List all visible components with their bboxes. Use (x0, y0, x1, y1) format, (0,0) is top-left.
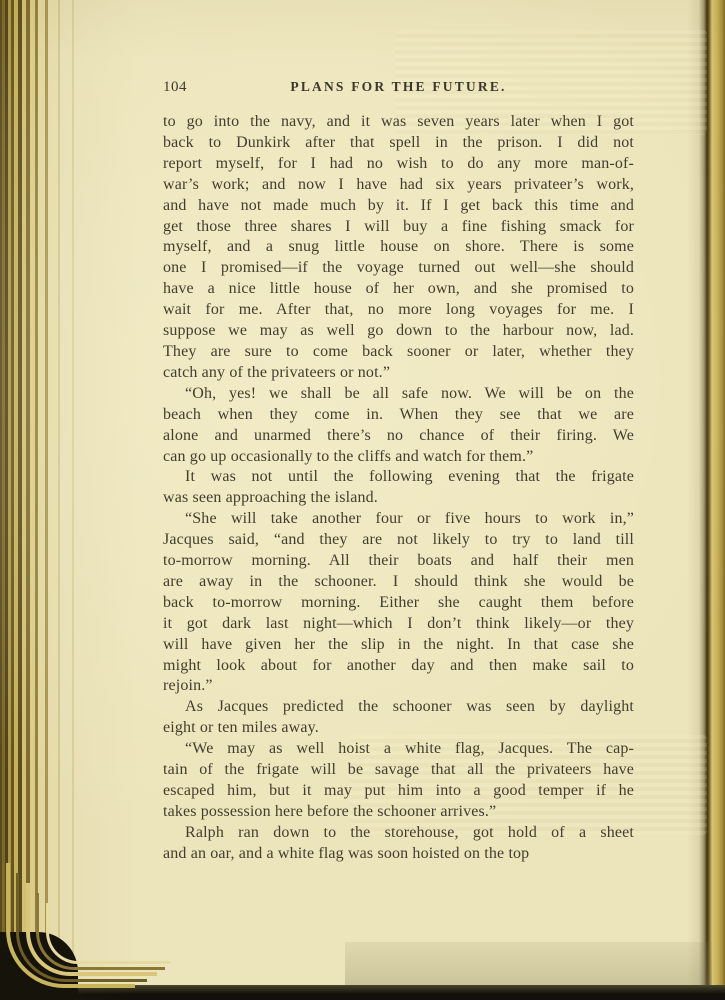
text-line: Jacques said, “and they are not likely t… (163, 530, 634, 551)
page-body: to go into the navy, and it was seven ye… (163, 112, 634, 865)
text-line: and an oar, and a white flag was soon ho… (163, 844, 634, 865)
page-underside-shadow (345, 942, 712, 986)
book-page-edge-right (687, 0, 725, 1000)
text-line: Ralph ran down to the storehouse, got ho… (163, 823, 634, 844)
text-line: can go up occasionally to the cliffs and… (163, 447, 634, 468)
text-line: are away in the schooner. I should think… (163, 572, 634, 593)
text-line: one I promised—if the voyage turned out … (163, 258, 634, 279)
book-page-scan: 104 PLANS FOR THE FUTURE. to go into the… (0, 0, 725, 1000)
text-line: to-morrow morning. All their boats and h… (163, 551, 634, 572)
text-line: escaped him, but it may put him into a g… (163, 781, 634, 802)
text-line: suppose we may as well go down to the ha… (163, 321, 634, 342)
text-line: tain of the frigate will be savage that … (163, 760, 634, 781)
text-line: wait for me. After that, no more long vo… (163, 300, 634, 321)
text-line: “Oh, yes! we shall be all safe now. We w… (163, 384, 634, 405)
text-line: will have given her the slip in the nigh… (163, 635, 634, 656)
text-line: “We may as well hoist a white flag, Jacq… (163, 739, 634, 760)
page-corner-curl (0, 855, 175, 990)
text-line: They are sure to come back sooner or lat… (163, 342, 634, 363)
text-line: have a nice little house of her own, and… (163, 279, 634, 300)
text-line: get those three shares I will buy a fine… (163, 217, 634, 238)
text-line: might look about for another day and the… (163, 656, 634, 677)
text-line: As Jacques predicted the schooner was se… (163, 697, 634, 718)
text-line: war’s work; and now I have had six years… (163, 175, 634, 196)
text-line: myself, and a snug little house on shore… (163, 237, 634, 258)
text-line: catch any of the privateers or not.” (163, 363, 634, 384)
text-line: takes possession here before the schoone… (163, 802, 634, 823)
text-line: it got dark last night—which I don’t thi… (163, 614, 634, 635)
page-header: 104 PLANS FOR THE FUTURE. (163, 79, 634, 96)
page-edge-arc (46, 903, 171, 964)
running-title: PLANS FOR THE FUTURE. (219, 79, 578, 95)
text-line: report myself, for I had no wish to do a… (163, 154, 634, 175)
text-line: It was not until the following evening t… (163, 467, 634, 488)
text-line: “She will take another four or five hour… (163, 509, 634, 530)
text-line: to go into the navy, and it was seven ye… (163, 112, 634, 133)
text-line: back to-morrow morning. Either she caugh… (163, 593, 634, 614)
text-line: eight or ten miles away. (163, 718, 634, 739)
text-line: rejoin.” (163, 676, 634, 697)
book-fore-edge-left (0, 0, 94, 1000)
text-line: beach when they come in. When they see t… (163, 405, 634, 426)
text-line: was seen approaching the island. (163, 488, 634, 509)
text-line: and have not made much by it. If I get b… (163, 196, 634, 217)
text-line: alone and unarmed there’s no chance of t… (163, 426, 634, 447)
page-number: 104 (163, 79, 219, 96)
text-line: back to Dunkirk after that spell in the … (163, 133, 634, 154)
